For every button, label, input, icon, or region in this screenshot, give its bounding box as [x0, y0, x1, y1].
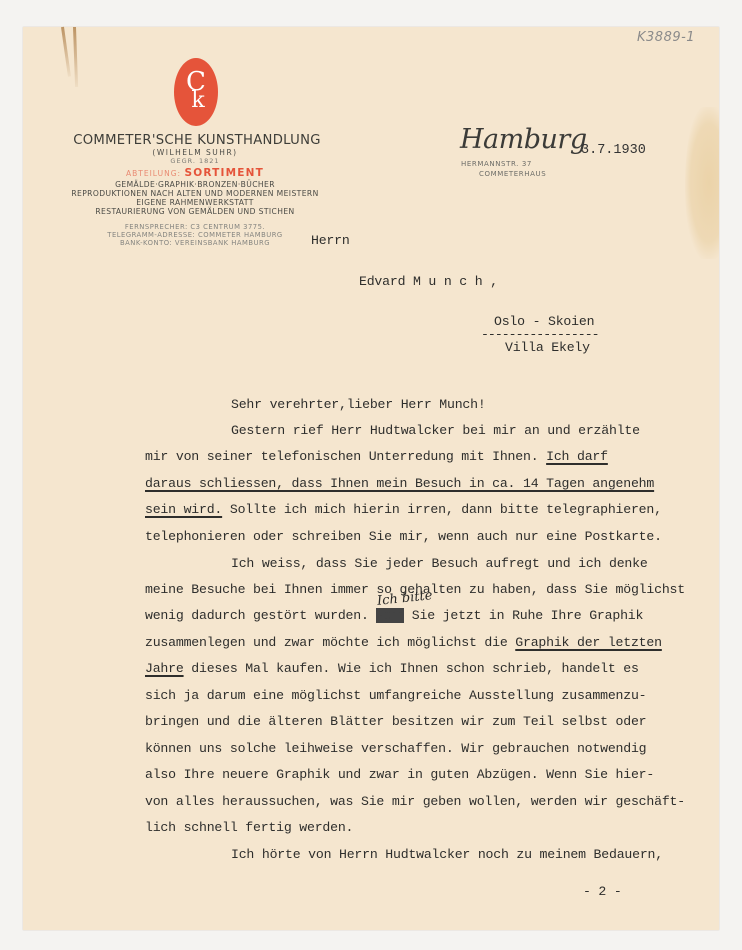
text-span: zusammenlegen und zwar möchte ich möglic… [145, 635, 515, 650]
text-span: dieses Mal kaufen. Wie ich Ihnen schon s… [184, 661, 639, 676]
body-line: lich schnell fertig werden. [145, 820, 353, 835]
body-line: bringen und die älteren Blätter besitzen… [145, 714, 646, 729]
department-label: ABTEILUNG: [126, 169, 181, 178]
body-line: können uns solche leihweise verschaffen.… [145, 741, 646, 756]
body-line: Ich hörte von Herrn Hudtwalcker noch zu … [231, 847, 663, 862]
underlined-text: sein wird. [145, 502, 222, 517]
firm-founded: GEGR. 1821 [60, 157, 330, 165]
underlined-text: Jahre [145, 661, 184, 676]
sender-building: COMMETERHAUS [479, 170, 546, 178]
body-line: daraus schliessen, dass Ihnen mein Besuc… [145, 476, 654, 491]
text-span: mir von seiner telefonischen Unterredung… [145, 449, 546, 464]
sender-city: Hamburg [460, 124, 587, 155]
underlined-text: daraus schliessen, dass Ihnen mein Besuc… [145, 476, 654, 491]
department-value: SORTIMENT [184, 167, 264, 179]
body-line: Ich weiss, dass Sie jeder Besuch aufregt… [231, 556, 648, 571]
firm-owner: (WILHELM SUHR) [60, 148, 330, 157]
body-line: sich ja darum eine möglichst umfangreich… [145, 688, 646, 703]
service-line: REPRODUKTIONEN NACH ALTEN UND MODERNEN M… [60, 189, 330, 198]
ck-logo-icon: C k [174, 58, 218, 126]
body-line: mir von seiner telefonischen Unterredung… [145, 449, 608, 464]
text-span: Sie jetzt in Ruhe Ihre Graphik [404, 608, 643, 623]
archive-number: K3889-1 [637, 30, 695, 45]
recipient-residence: Villa Ekely [505, 340, 590, 355]
body-line: Gestern rief Herr Hudtwalcker bei mir an… [231, 423, 640, 438]
service-line: RESTAURIERUNG VON GEMÄLDEN UND STICHEN [60, 207, 330, 216]
salutation: Sehr verehrter,lieber Herr Munch! [231, 397, 486, 412]
body-line: von alles heraussuchen, was Sie mir gebe… [145, 794, 685, 809]
address-prefix: Herrn [311, 233, 350, 248]
service-line: EIGENE RAHMENWERKSTATT [60, 198, 330, 207]
body-line: Jahre dieses Mal kaufen. Wie ich Ihnen s… [145, 661, 639, 676]
body-line: also Ihre neuere Graphik und zwar in gut… [145, 767, 654, 782]
underlined-text: Graphik der letzten [515, 635, 662, 650]
recipient-name: Edvard M u n c h , [359, 274, 498, 289]
department: ABTEILUNG: SORTIMENT [60, 167, 330, 179]
fold-crease [61, 27, 71, 77]
service-line: GEMÄLDE·GRAPHIK·BRONZEN·BÜCHER [60, 180, 330, 189]
water-stain [685, 107, 719, 259]
fold-crease [73, 27, 78, 87]
logo-letter-k: k [191, 91, 204, 111]
text-span: wenig dadurch gestört wurden. [145, 608, 376, 623]
text-span: Sollte ich mich hierin irren, dann bitte… [222, 502, 662, 517]
letter-date: 3.7.1930 [581, 143, 646, 158]
body-line: telephonieren oder schreiben Sie mir, we… [145, 529, 662, 544]
firm-name: COMMETER'SCHE KUNSTHANDLUNG [72, 133, 322, 148]
sender-street: HERMANNSTR. 37 [461, 160, 532, 168]
body-line: sein wird. Sollte ich mich hierin irren,… [145, 502, 662, 517]
underlined-text: Ich darf [546, 449, 608, 464]
body-line: wenig dadurch gestört wurden. Wenn Sie j… [145, 608, 643, 623]
contact-bank: BANK-KONTO: VEREINSBANK HAMBURG [60, 239, 330, 247]
struck-out-text: Wenn [376, 608, 404, 623]
page-marker: - 2 - [583, 884, 622, 899]
contact-telegram: TELEGRAMM-ADRESSE: COMMETER HAMBURG [60, 231, 330, 239]
contact-phone: FERNSPRECHER: C3 CENTRUM 3775. [60, 223, 330, 231]
body-line: zusammenlegen und zwar möchte ich möglic… [145, 635, 662, 650]
